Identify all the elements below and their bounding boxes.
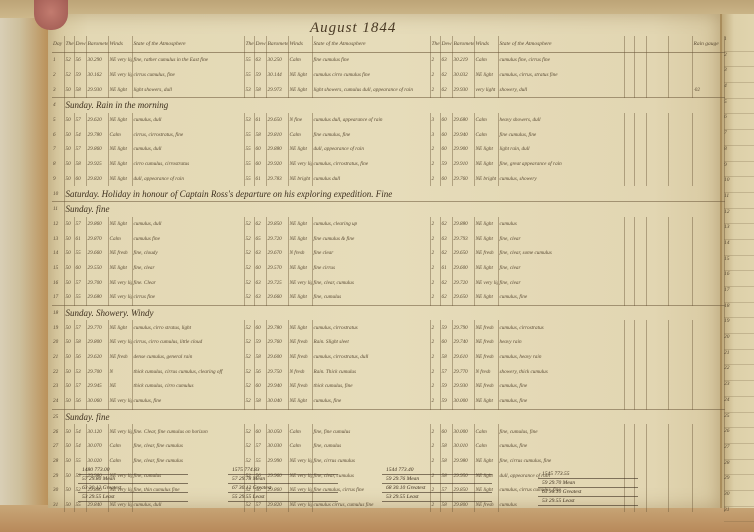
- cell-d1: 57: [74, 320, 86, 335]
- col-baro-2: Barometer: [266, 36, 288, 53]
- facing-page-day: 20: [724, 334, 754, 350]
- cell-empty: [624, 350, 634, 365]
- table-row: 22505329.700Nthick cumulus, cirrus cumul…: [52, 364, 724, 379]
- cell-b2: 29.850: [266, 217, 288, 232]
- cell-s2: Rain. Slight sleet: [312, 335, 430, 350]
- table-row: 15506029.550NE lightfine, clear526029.57…: [52, 261, 724, 276]
- facing-page-day: 7: [724, 130, 754, 146]
- cell-t3: 2: [430, 157, 440, 172]
- cell-d2: 62: [254, 217, 266, 232]
- facing-page-day: 10: [724, 177, 754, 193]
- cell-b2: 29.720: [266, 231, 288, 246]
- cell-d1: 61: [74, 231, 86, 246]
- totals-mean: 59 29.76 Mean: [382, 475, 492, 484]
- cell-w3: NE light: [474, 231, 498, 246]
- cell-day: 22: [52, 364, 64, 379]
- facing-page-day: 6: [724, 114, 754, 130]
- cell-t3: 2: [430, 290, 440, 305]
- cell-s3: cumulus, fine: [498, 290, 624, 305]
- cell-d2: 58: [254, 394, 266, 409]
- cell-empty: [634, 68, 646, 83]
- cell-empty: [624, 379, 634, 394]
- cell-d1: 57: [74, 142, 86, 157]
- cell-empty: [624, 275, 634, 290]
- cell-s1: dense cumulus, general rain: [132, 350, 244, 365]
- cell-w3: NE light: [474, 217, 498, 232]
- cell-empty: [634, 424, 646, 439]
- cell-empty: [634, 113, 646, 128]
- cell-t1: 50: [64, 113, 74, 128]
- facing-page-day: 30: [724, 491, 754, 507]
- cell-empty: [646, 439, 668, 454]
- cell-d1: 56: [74, 350, 86, 365]
- cell-d2: 58: [254, 127, 266, 142]
- col-state: State of the Atmosphere: [132, 36, 244, 53]
- facing-page-day: 18: [724, 303, 754, 319]
- table-row: 4Sunday. Rain in the morning: [52, 98, 724, 113]
- col-therm-4: [624, 36, 634, 53]
- totals-min: 53 29.55 Least: [78, 493, 188, 502]
- cell-empty: [624, 246, 634, 261]
- totals-far: 1545 773.55 59 29.70 Mean 65 30.10 Great…: [538, 470, 638, 506]
- cell-s3: heavy showers, dull: [498, 113, 624, 128]
- day-note: Saturday. Holiday in honour of Captain R…: [64, 186, 724, 201]
- cell-b1: 29.780: [86, 127, 108, 142]
- cell-b2: 30.250: [266, 53, 288, 68]
- cell-w3: NE light: [474, 290, 498, 305]
- totals-right: 1544 773.40 59 29.76 Mean 68 30.10 Great…: [382, 466, 492, 502]
- cell-s2: fine cumulus, fine: [312, 127, 430, 142]
- cell-s1: thick cumulus, cirrus cumulus, clearing …: [132, 364, 244, 379]
- col-day: Day: [52, 36, 64, 53]
- table-row: 24505630.060NE very lightcumulus, fine52…: [52, 394, 724, 409]
- cell-rain: [692, 261, 724, 276]
- cell-t3: 2: [430, 275, 440, 290]
- cell-d2: 60: [254, 142, 266, 157]
- cell-w1: NE very light: [108, 68, 132, 83]
- cell-t2: 52: [244, 275, 254, 290]
- cell-w2: NE light: [288, 142, 312, 157]
- cell-t2: 52: [244, 394, 254, 409]
- cell-t1: 50: [64, 364, 74, 379]
- col-winds: Winds: [108, 36, 132, 53]
- cell-d3: 62: [440, 217, 452, 232]
- cell-rain: [692, 468, 724, 483]
- facing-page-day: 2: [724, 52, 754, 68]
- cell-empty: [634, 394, 646, 409]
- col-state-3: State of the Atmosphere: [498, 36, 624, 53]
- cell-empty: [646, 275, 668, 290]
- cell-t3: 2: [430, 217, 440, 232]
- cell-rain: [692, 424, 724, 439]
- cell-b3: 29.940: [452, 127, 474, 142]
- cell-b2: 29.973: [266, 82, 288, 97]
- cell-b1: 29.860: [86, 217, 108, 232]
- cell-s3: fine, clear: [498, 231, 624, 246]
- cell-s3: showery, dull: [498, 82, 624, 97]
- cell-empty: [668, 454, 692, 469]
- cell-t1: 50: [64, 290, 74, 305]
- cell-t3: 2: [430, 364, 440, 379]
- cell-w2: NE light: [288, 290, 312, 305]
- cell-s3: fine, clear: [498, 261, 624, 276]
- cell-d3: 63: [440, 53, 452, 68]
- cell-t1: 50: [64, 379, 74, 394]
- cell-t2: 55: [244, 53, 254, 68]
- cell-t2: 52: [244, 424, 254, 439]
- cell-t1: 50: [64, 498, 74, 513]
- ledger-table: Day Thermometer Dew point Barometer Wind…: [52, 36, 725, 512]
- cell-t2: 52: [244, 350, 254, 365]
- facing-page-day-column: 1234567891011121314151617181920212223242…: [724, 36, 754, 522]
- cell-empty: [646, 157, 668, 172]
- facing-page-day: 9: [724, 162, 754, 178]
- cell-empty: [668, 157, 692, 172]
- col-winds-2: Winds: [288, 36, 312, 53]
- cell-w3: NE bright: [474, 172, 498, 187]
- table-row: 17505529.680NE very lightcirrus fine5263…: [52, 290, 724, 305]
- cell-empty: [634, 350, 646, 365]
- cell-empty: [668, 379, 692, 394]
- cell-t3: 2: [430, 261, 440, 276]
- cell-empty: [668, 350, 692, 365]
- cell-d1: 58: [74, 157, 86, 172]
- cell-t1: 50: [64, 172, 74, 187]
- cell-d2: 58: [254, 350, 266, 365]
- cell-rain: [692, 113, 724, 128]
- facing-page-day: 15: [724, 256, 754, 272]
- cell-day: 23: [52, 379, 64, 394]
- header-row: Day Thermometer Dew point Barometer Wind…: [52, 36, 724, 53]
- cell-d1: 58: [74, 335, 86, 350]
- cell-day: 6: [52, 127, 64, 142]
- cell-t3: 2: [430, 350, 440, 365]
- cell-day: 17: [52, 290, 64, 305]
- cell-w1: NE very light: [108, 53, 132, 68]
- cell-w2: NE very light: [288, 157, 312, 172]
- cell-empty: [624, 217, 634, 232]
- cell-b3: 30.219: [452, 53, 474, 68]
- cell-b3: 29.790: [452, 320, 474, 335]
- totals-mean: 57 29.80 Mean: [78, 475, 188, 484]
- cell-empty: [668, 68, 692, 83]
- cell-w1: NE light: [108, 113, 132, 128]
- facing-page-day: 17: [724, 287, 754, 303]
- cell-t3: 2: [430, 394, 440, 409]
- cell-t1: 50: [64, 246, 74, 261]
- totals-max: 67 30.12 Greatest: [228, 484, 338, 493]
- totals-mean: 57 29.78 Mean: [228, 475, 338, 484]
- cell-d2: 63: [254, 246, 266, 261]
- facing-page-day: 4: [724, 83, 754, 99]
- cell-d2: 60: [254, 320, 266, 335]
- cell-d1: 60: [74, 261, 86, 276]
- cell-s1: cumulus, dull: [132, 113, 244, 128]
- cell-d3: 60: [440, 113, 452, 128]
- cell-s2: fine cumulus & fine: [312, 231, 430, 246]
- cell-t2: 52: [244, 320, 254, 335]
- col-dew-4: [634, 36, 646, 53]
- cell-w2: NE light: [288, 231, 312, 246]
- cell-w3: NE light: [474, 142, 498, 157]
- cell-d3: 58: [440, 439, 452, 454]
- table-row: 8505829.925NE lightcirro cumulus, cirros…: [52, 157, 724, 172]
- cell-d3: 59: [440, 320, 452, 335]
- cell-d3: 60: [440, 335, 452, 350]
- cell-s3: cumulus fine, cirrus fine: [498, 53, 624, 68]
- cell-s3: fine, clear: [498, 275, 624, 290]
- cell-b1: 29.870: [86, 231, 108, 246]
- table-row: 5505729.620NE lightcumulus, dull536129.6…: [52, 113, 724, 128]
- cell-empty: [668, 275, 692, 290]
- cell-w1: NE light: [108, 320, 132, 335]
- cell-empty: [624, 439, 634, 454]
- cell-s2: cumulus, clearing up: [312, 217, 430, 232]
- cell-s2: cumulus, cirrostratus: [312, 320, 430, 335]
- facing-page-day: 8: [724, 146, 754, 162]
- cell-b1: 29.820: [86, 172, 108, 187]
- cell-s1: cirrus fine: [132, 290, 244, 305]
- cell-empty: [646, 82, 668, 97]
- cell-b1: 30.290: [86, 53, 108, 68]
- cell-empty: [646, 127, 668, 142]
- cell-d1: 55: [74, 246, 86, 261]
- cell-b3: 29.680: [452, 113, 474, 128]
- cell-s1: dull, appearance of rain: [132, 172, 244, 187]
- cell-empty: [646, 53, 668, 68]
- totals-max: 63 30.12 Greatest: [78, 484, 188, 493]
- cell-b2: 29.880: [266, 142, 288, 157]
- cell-s2: fine cirrus: [312, 261, 430, 276]
- cell-s2: cumulus, cirrostratus, fine: [312, 157, 430, 172]
- cell-s1: fine. Clear: [132, 275, 244, 290]
- cell-w3: very light: [474, 82, 498, 97]
- book-cover-left: [0, 0, 50, 532]
- cell-s3: cumulus, fine: [498, 394, 624, 409]
- cell-d1: 54: [74, 127, 86, 142]
- facing-page-day: 5: [724, 99, 754, 115]
- table-row: 14505529.660NE freshfine, cloudy526329.6…: [52, 246, 724, 261]
- cell-d1: 58: [74, 82, 86, 97]
- cell-w1: NE light: [108, 261, 132, 276]
- cell-t1: 52: [64, 68, 74, 83]
- totals-min: 55 29.55 Least: [228, 493, 338, 502]
- thumb: [34, 0, 68, 30]
- cell-t2: 52: [244, 217, 254, 232]
- cell-empty: [634, 53, 646, 68]
- cell-t1: 50: [64, 454, 74, 469]
- cell-w1: Calm: [108, 127, 132, 142]
- cell-empty: [668, 483, 692, 498]
- col-winds-3: Winds: [474, 36, 498, 53]
- cell-empty: [646, 113, 668, 128]
- cell-empty: [624, 82, 634, 97]
- cell-d3: 62: [440, 275, 452, 290]
- cell-w2: NE light: [288, 217, 312, 232]
- cell-b3: 29.770: [452, 364, 474, 379]
- cell-rain: [692, 379, 724, 394]
- cell-w3: Calm: [474, 113, 498, 128]
- cell-s2: cumulus cirro cumulus fine: [312, 68, 430, 83]
- cell-t1: 50: [64, 424, 74, 439]
- cell-b3: 29.900: [452, 142, 474, 157]
- cell-b2: 29.650: [266, 113, 288, 128]
- day-note: Sunday. Rain in the morning: [64, 98, 724, 113]
- cell-b3: 30.000: [452, 424, 474, 439]
- totals-max: 68 30.10 Greatest: [382, 484, 492, 493]
- cell-b3: 29.880: [452, 217, 474, 232]
- cell-w2: NE bright: [288, 172, 312, 187]
- day-cell: 4: [52, 98, 64, 113]
- totals-middle: 1575 774.83 57 29.78 Mean 67 30.12 Great…: [228, 466, 338, 502]
- cell-d2: 60: [254, 379, 266, 394]
- cell-day: 24: [52, 394, 64, 409]
- cell-empty: [634, 127, 646, 142]
- cell-empty: [634, 82, 646, 97]
- cell-t2: 55: [244, 157, 254, 172]
- cell-day: 15: [52, 261, 64, 276]
- cell-s3: cumulus, showery: [498, 172, 624, 187]
- cell-w2: NE fresh: [288, 350, 312, 365]
- cell-empty: [668, 113, 692, 128]
- cell-empty: [634, 246, 646, 261]
- cell-w1: Calm: [108, 231, 132, 246]
- cell-rain: [692, 68, 724, 83]
- table-row: 11Sunday. fine: [52, 201, 724, 216]
- cell-empty: [634, 379, 646, 394]
- cell-t3: 3: [430, 127, 440, 142]
- cell-b1: 29.660: [86, 246, 108, 261]
- cell-empty: [646, 468, 668, 483]
- cell-b1: 29.800: [86, 335, 108, 350]
- cell-w3: NE very light: [474, 275, 498, 290]
- facing-page-day: 12: [724, 209, 754, 225]
- table-row: 25Sunday. fine: [52, 409, 724, 424]
- cell-w1: Calm: [108, 439, 132, 454]
- cell-empty: [668, 439, 692, 454]
- facing-page-day: 19: [724, 318, 754, 334]
- cell-d1: 54: [74, 439, 86, 454]
- cell-d1: 57: [74, 217, 86, 232]
- cell-empty: [624, 113, 634, 128]
- cell-d3: 59: [440, 157, 452, 172]
- table-row: 13506129.870Calmcumulus fine526529.720NE…: [52, 231, 724, 246]
- facing-page-day: 21: [724, 350, 754, 366]
- cell-t1: 50: [64, 439, 74, 454]
- table-row: 20505829.800NE very lightcirrus, cirro c…: [52, 335, 724, 350]
- totals-left: 1480 773.00 57 29.80 Mean 63 30.12 Great…: [78, 466, 188, 502]
- cell-b2: 29.750: [266, 364, 288, 379]
- totals-sum: 1544 773.40: [382, 466, 492, 475]
- cell-t1: 50: [64, 82, 74, 97]
- cell-t1: 50: [64, 142, 74, 157]
- cell-b2: 29.920: [266, 157, 288, 172]
- col-rain: Rain gauge: [692, 36, 724, 53]
- cell-empty: [634, 335, 646, 350]
- cell-d2: 60: [254, 424, 266, 439]
- cell-t2: 55: [244, 142, 254, 157]
- cell-empty: [624, 172, 634, 187]
- cell-s2: fine, cumulus: [312, 439, 430, 454]
- cell-t1: 50: [64, 231, 74, 246]
- table-row: 18Sunday. Showery. Windy: [52, 305, 724, 320]
- cell-s3: cumulus, fine: [498, 379, 624, 394]
- cell-empty: [624, 142, 634, 157]
- cell-s2: Rain. Thick cumulus: [312, 364, 430, 379]
- cell-d2: 56: [254, 364, 266, 379]
- cell-day: 9: [52, 172, 64, 187]
- cell-b2: 29.725: [266, 275, 288, 290]
- cell-empty: [668, 290, 692, 305]
- ledger-table-container: Day Thermometer Dew point Barometer Wind…: [52, 36, 714, 512]
- cell-b2: 29.940: [266, 379, 288, 394]
- cell-w1: N: [108, 364, 132, 379]
- cell-t2: 52: [244, 335, 254, 350]
- cell-b3: 29.610: [452, 350, 474, 365]
- table-row: 1525630.290NE very lightfine, rather cum…: [52, 53, 724, 68]
- cell-w2: Calm: [288, 424, 312, 439]
- cell-empty: [624, 157, 634, 172]
- cell-b1: 29.620: [86, 113, 108, 128]
- day-cell: 18: [52, 305, 64, 320]
- cell-w2: NE light: [288, 82, 312, 97]
- cell-empty: [646, 364, 668, 379]
- cell-s3: cumulus, heavy rain: [498, 350, 624, 365]
- cell-d1: 57: [74, 113, 86, 128]
- cell-b2: 30.030: [266, 439, 288, 454]
- cell-empty: [624, 53, 634, 68]
- cell-s3: fine, great appearance of rain: [498, 157, 624, 172]
- cell-w1: NE fresh: [108, 350, 132, 365]
- cell-d1: 59: [74, 68, 86, 83]
- cell-w1: NE light: [108, 217, 132, 232]
- facing-page-day: 13: [724, 224, 754, 240]
- cell-d2: 63: [254, 275, 266, 290]
- cell-w1: NE: [108, 379, 132, 394]
- cell-t2: 52: [244, 231, 254, 246]
- cell-w2: NE fresh: [288, 379, 312, 394]
- cell-w2: NE very light: [288, 275, 312, 290]
- cell-empty: [668, 364, 692, 379]
- cell-b1: 30.070: [86, 439, 108, 454]
- cell-b2: 29.783: [266, 172, 288, 187]
- cell-w3: Calm: [474, 127, 498, 142]
- cell-empty: [646, 68, 668, 83]
- cell-w3: NE fresh: [474, 350, 498, 365]
- cell-s1: fine. Clear, fine cumulus on horizon: [132, 424, 244, 439]
- cell-empty: [646, 320, 668, 335]
- cell-rain: [692, 483, 724, 498]
- cell-w3: Calm: [474, 424, 498, 439]
- cell-d1: 53: [74, 364, 86, 379]
- cell-w3: NE light: [474, 394, 498, 409]
- cell-t2: 52: [244, 379, 254, 394]
- cell-empty: [668, 246, 692, 261]
- cell-t1: 50: [64, 468, 74, 483]
- cell-d3: 61: [440, 261, 452, 276]
- cell-t3: 2: [430, 68, 440, 83]
- cell-b1: 29.700: [86, 364, 108, 379]
- cell-b3: 30.000: [452, 394, 474, 409]
- table-row: 16505729.700NE very lightfine. Clear5263…: [52, 275, 724, 290]
- totals-max: 65 30.10 Greatest: [538, 488, 638, 497]
- table-row: 3505829.930NE lightlight showers, dull53…: [52, 82, 724, 97]
- cell-s1: cumulus, dull: [132, 217, 244, 232]
- cell-empty: [646, 246, 668, 261]
- cell-s2: cumulus, cirrostratus, dull: [312, 350, 430, 365]
- cell-b2: 30.050: [266, 424, 288, 439]
- cell-w1: NE light: [108, 157, 132, 172]
